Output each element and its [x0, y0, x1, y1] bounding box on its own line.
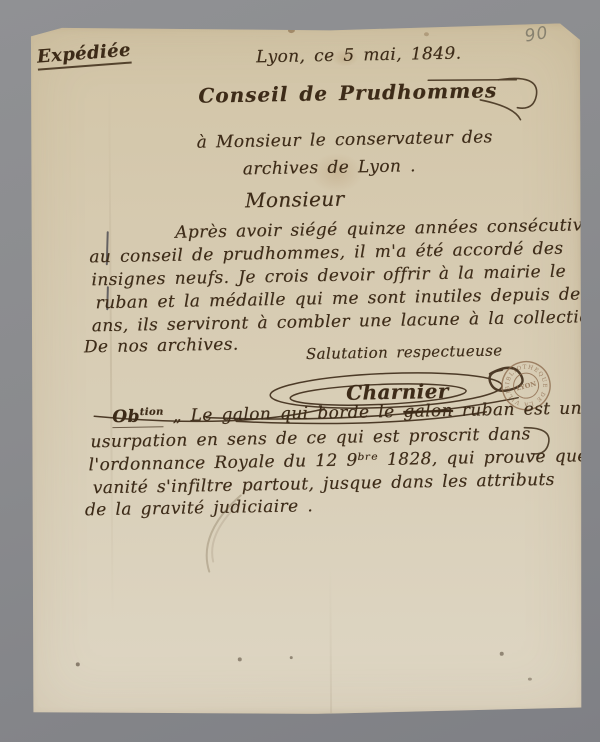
letter-page: Expédiée 90 Lyon, ce 5 mai, 1849. Consei… [26, 23, 584, 715]
postscript-line: vanité s'infiltre partout, jusque dans l… [93, 470, 555, 498]
postscript-label-mark: „ [172, 406, 182, 426]
struck-word: galon [403, 401, 453, 422]
paper-stain [288, 27, 295, 33]
photo-background: Expédiée 90 Lyon, ce 5 mai, 1849. Consei… [0, 0, 600, 742]
postscript-hook-mark [522, 421, 558, 463]
fold-crease [329, 565, 332, 713]
addressee-line-2: archives de Lyon . [243, 156, 416, 179]
body-line: De nos archives. [84, 335, 239, 358]
salutation: Monsieur [245, 187, 345, 213]
paper-stain [238, 657, 242, 661]
addressee-line-1: à Monsieur le conservateur des [196, 127, 492, 152]
folio-number: 90 [523, 23, 550, 47]
paper-stain [424, 32, 429, 36]
paper-stain [528, 678, 532, 681]
paper-stain [76, 662, 80, 666]
postscript-label: Obtion [112, 406, 164, 428]
paper-stain [290, 656, 293, 659]
stamp-center-text: LYON [515, 380, 537, 393]
paper-stain [500, 652, 504, 656]
expedited-annotation: Expédiée [36, 40, 132, 71]
crease-smudge [179, 491, 270, 576]
